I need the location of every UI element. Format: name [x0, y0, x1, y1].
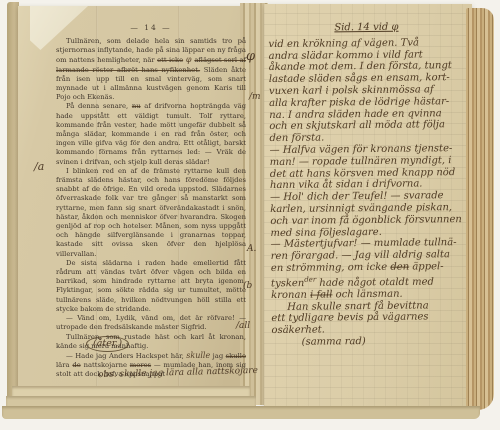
text-segment: hann vika åt sidan i drifvorna. — [270, 179, 423, 192]
text-segment: karlen, ursinnigt svängande piskan, — [270, 202, 452, 215]
text-segment: äppel- — [409, 261, 444, 272]
printed-paragraph: På denna senare, nu af drifvorna hopträn… — [56, 102, 246, 166]
margin-insertion-mark-phi: φ — [246, 49, 255, 64]
text-segment: kronan — [271, 289, 310, 300]
struck-out-text: nu — [132, 102, 141, 110]
handwritten-line: och en skjutskarl all möda att följa — [269, 119, 469, 133]
struck-out-text: skulle — [226, 352, 246, 360]
text-segment: I blinken red en af de främste ryttarne … — [56, 167, 246, 258]
circled-correction-note: (åter,) — [86, 336, 129, 352]
margin-mark-a: /a — [34, 160, 44, 173]
text-segment: vuxen karl i polsk skinnmössa af — [269, 84, 434, 97]
struck-out-text: i fall — [310, 289, 333, 300]
margin-mark-b: (b — [243, 281, 252, 291]
printed-paragraph: — Vänd om, Lydik, vänd om, det är röfvar… — [56, 314, 246, 332]
text-segment: — Hol' dich der Teufel! — svarade — [270, 190, 444, 203]
struck-out-text: ett icke — [157, 56, 183, 64]
handwritten-insertion: φ — [183, 55, 194, 64]
text-segment: och länsman. — [332, 289, 402, 301]
text-segment: ett tydligare bevis på vägarnes — [271, 312, 428, 325]
text-segment: alla krafter piska de lödrige hästar- — [269, 96, 449, 109]
struck-out-text: de — [72, 361, 80, 369]
text-segment: jag — [210, 352, 225, 360]
text-segment: hade något otaldt med — [316, 276, 434, 288]
margin-mark-m: /m — [249, 92, 261, 102]
struck-out-text: den — [390, 262, 409, 273]
handwritten-insertion: skulle — [186, 351, 210, 360]
book-photo: — 14 — Tullnären, som delade hela sin sa… — [0, 0, 500, 430]
text-segment: nattskojarne — [81, 361, 130, 369]
text-segment: det att hans körsven med knapp nöd — [270, 167, 455, 180]
text-segment: — Halfva vägen för kronans tjenste- — [270, 143, 453, 156]
handwritten-lines: vid en krökning af vägen. Tvåandra släda… — [268, 37, 471, 349]
text-segment: na. I andra släden hade en qvinna — [269, 108, 441, 121]
printed-paragraph: I blinken red en af de främste ryttarne … — [56, 167, 246, 259]
text-segment: lära — [56, 361, 72, 369]
text-segment: och en skjutskarl all möda att följa — [269, 120, 445, 133]
printed-text-column: Tullnären, som delade hela sin samtids t… — [56, 37, 246, 380]
margin-mark-ae: A. — [247, 244, 256, 254]
text-segment: De sista slädarna i raden hade emellerti… — [56, 259, 246, 313]
handwritten-line: en strömming, om icke den äppel- — [271, 261, 471, 275]
text-segment: osäkerhet. — [271, 325, 325, 337]
text-segment: lastade släden sågs en ensam, kort- — [269, 72, 450, 85]
handwritten-line: lastade släden sågs en ensam, kort- — [269, 72, 469, 86]
page-number: — 14 — — [56, 23, 246, 32]
text-segment: — Hade jag Anders Hackspet här, — [66, 352, 186, 360]
text-segment: och var inom få ögonblick försvunnen — [270, 214, 462, 227]
printed-paragraph: Tullnären, som delade hela sin samtids t… — [56, 37, 246, 102]
text-segment: af drifvorna hopträngda väg hade uppståt… — [56, 102, 246, 165]
printed-paragraph: De sista slädarna i raden hade emellerti… — [56, 259, 246, 314]
handwritten-insertion: der — [304, 275, 316, 283]
handwritten-line: (samma rad) — [272, 335, 472, 349]
text-segment: vid en krökning af vägen. Två — [268, 37, 419, 50]
text-segment: ren förargad. — Jag vill aldrig salta — [271, 249, 450, 262]
text-segment: med sina följeslagare. — [270, 226, 381, 238]
manuscript-heading: Sid. 14 vid φ — [268, 21, 468, 35]
text-segment: — Vänd om, Lydik, vänd om, det är röfvar… — [56, 314, 246, 331]
text-segment: — Mästertjufvar! — mumlade tullnä- — [271, 237, 457, 250]
open-book: — 14 — Tullnären, som delade hela sin sa… — [0, 0, 500, 430]
text-segment: (samma rad) — [302, 336, 366, 348]
text-segment: en strömming, om icke — [271, 262, 391, 274]
handwritten-line: och var inom få ögonblick försvunnen — [270, 214, 470, 228]
bottom-page-block-edge — [2, 406, 480, 419]
handwritten-text-column: Sid. 14 vid φ vid en krökning af vägen. … — [268, 21, 471, 349]
text-segment: På denna senare, — [66, 102, 132, 110]
text-segment: tysken — [271, 278, 304, 289]
text-segment: den första. — [269, 133, 324, 145]
margin-mark-all: /all — [236, 321, 250, 331]
printed-paragraph: Tullnären, som rustade häst och karl åt … — [56, 333, 246, 351]
text-segment: man! — ropade tullnären myndigt, i — [270, 155, 452, 168]
text-segment: Tullnären, som rustade häst och karl åt … — [56, 333, 246, 350]
